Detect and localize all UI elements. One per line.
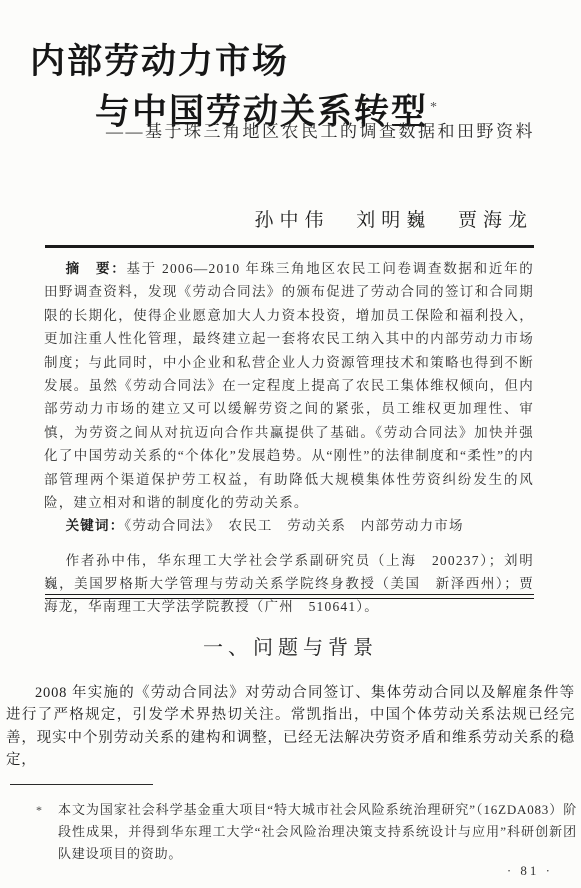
keywords-line: 关键词：《劳动合同法》 农民工 劳动关系 内部劳动力市场 xyxy=(44,514,534,537)
author-name-1: 孙中伟 xyxy=(254,210,329,231)
footnote-text: 本文为国家社会科学基金重大项目“特大城市社会风险系统治理研究”（16ZDA083… xyxy=(34,799,577,864)
body-paragraph: 2008 年实施的《劳动合同法》对劳动合同签订、集体劳动合同以及解雇条件等进行了… xyxy=(6,682,575,772)
keywords-label: 关键词： xyxy=(66,518,125,533)
abstract-text: 基于 2006—2010 年珠三角地区农民工问卷调查数据和近年的田野调查资料，发… xyxy=(44,261,534,510)
paper-subtitle: ——基于珠三角地区农民工的调查数据和田野资料 xyxy=(106,117,535,142)
author-name-3: 贾海龙 xyxy=(458,210,533,231)
author-bio: 作者孙中伟，华东理工大学社会学系副研究员（上海 200237）；刘明巍，美国罗格… xyxy=(44,549,534,618)
paper-page: 内部劳动力市场 与中国劳动关系转型* ——基于珠三角地区农民工的调查数据和田野资… xyxy=(0,0,581,888)
authors-line: 孙中伟 刘明巍 贾海龙 xyxy=(254,205,533,232)
title-footnote-mark: * xyxy=(430,100,439,115)
footnote-divider xyxy=(10,784,153,785)
page-number: · 81 · xyxy=(507,863,553,879)
abstract-paragraph: 摘 要：基于 2006—2010 年珠三角地区农民工问卷调查数据和近年的田野调查… xyxy=(44,257,534,514)
abstract-label: 摘 要： xyxy=(66,261,127,276)
divider-double xyxy=(45,594,534,599)
author-name-2: 刘明巍 xyxy=(356,210,431,231)
section-heading: 一、问题与背景 xyxy=(0,631,581,660)
title-line-1: 内部劳动力市场 xyxy=(30,39,439,85)
keywords-text: 《劳动合同法》 农民工 劳动关系 内部劳动力市场 xyxy=(124,518,463,533)
divider-thick xyxy=(45,245,534,248)
footnote: * 本文为国家社会科学基金重大项目“特大城市社会风险系统治理研究”（16ZDA0… xyxy=(34,799,577,864)
abstract-block: 摘 要：基于 2006—2010 年珠三角地区农民工问卷调查数据和近年的田野调查… xyxy=(44,257,534,618)
footnote-mark: * xyxy=(36,800,43,822)
